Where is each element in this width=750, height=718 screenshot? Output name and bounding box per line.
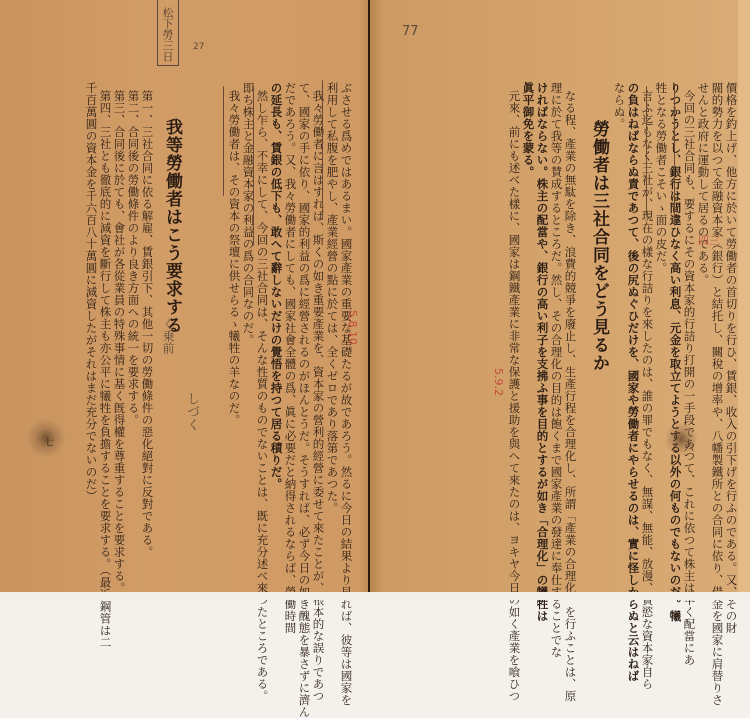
handwritten-label-box: 松下勞三日 (157, 0, 179, 66)
section-heading: 我等勞働者はこう要求する (160, 118, 185, 334)
margin-note: く乗前 (160, 318, 177, 354)
left-page: 松下勞三日 27 ぶさせる爲めではあるまい。國家產業の重要な基礎たるが故であろう… (0, 0, 370, 592)
pencil-bracket (322, 80, 323, 220)
body-column: ならぬ。 (613, 82, 625, 130)
right-page: 77 價格を釣上げ、他方に於いて勞働者の首切りを行ひ、賃銀、收入の引下げを行ふの… (372, 0, 750, 592)
body-column: 利用して私腹を肥やし、產業經營の點に於ては、全くゼロであり落第であつた。 (326, 82, 338, 514)
demand-item: 第三、合同後に於ても、會社が各從業員の特殊事情に基く旣得權を尊重することを要求す… (113, 90, 125, 594)
body-column: 眞平御免を蒙る。 (522, 82, 534, 178)
red-annotation: 四三 (698, 232, 720, 248)
page-edge (738, 0, 750, 592)
book-spine (368, 0, 370, 592)
body-column: の延長も、賃銀の低下も、敢へて辭しないだけの覺悟を持つて居る積りだ。 (270, 82, 282, 490)
red-annotation: 5.8.10 (346, 310, 359, 345)
body-column: 然し乍ら、不幸にして、今回の三社合同は、そんな性質のものでないことは、既に充分述… (256, 90, 268, 600)
body-column: 即ち株主と金融資本家の利益の爲の合同なのだ。 (242, 82, 254, 346)
red-annotation: 5.9.2 (492, 368, 505, 396)
body-column: なる程、產業の無駄を除き、浪費的競爭を廢止し、生產行程を合理化し、所謂「產業の合… (564, 90, 576, 600)
pencil-bracket (223, 86, 224, 196)
pencil-bracket (674, 86, 675, 226)
demand-item: 千百萬圓の資本金を千六百八十萬圓に減資したがそれはまだ充分でないのだ） (85, 82, 97, 502)
pencil-bracket (253, 86, 254, 246)
body-column: 我々勞働者は、その資本の祭壇に供せらるゝ犧牲の羊なのだ。 (228, 90, 240, 426)
pencil-bracket (646, 86, 647, 216)
section-heading: 勞働者は三社合同をどう見るか (587, 120, 612, 372)
body-column: の負はねばならぬ責であつて、後の尻ぬぐひだけを、國家や勞働者にやらせるのは、實に… (627, 82, 639, 600)
page-number: 六 (684, 439, 694, 454)
body-column: 閥的勢力を以つて金融資本家（銀行）と結托し、關稅の增率や、八幡製鐵所との合同に依… (711, 82, 723, 600)
body-column: 價格を釣上げ、他方に於いて勞働者の首切りを行ひ、賃銀、收入の引下げを行ふのである… (725, 82, 737, 600)
handwritten-page-number: 27 (193, 42, 204, 52)
scan-margin (0, 592, 750, 600)
handwritten-page-number: 77 (402, 24, 419, 39)
body-column: 元來、前にも述べた樣に、國家は鋼鐵產業に非常な保護と援助を與へて來たのは、ヨキヤ… (508, 90, 520, 600)
body-column: 牲となる勞働者こそいゝ面の皮だ。 (655, 82, 667, 274)
body-column: ければならない。株主の配當や、銀行の高い利子を支拂ふ事を目的とするが如き「合理化… (536, 82, 548, 600)
body-column: だであろう。又、我々勞働者にしても、國家社會全體の爲、眞に必要だと納得されるなら… (284, 82, 296, 600)
body-column: せんと政府に運動して居るのである。 (697, 82, 709, 286)
page-number: 七 (44, 434, 54, 449)
margin-note: しづく (182, 392, 201, 431)
body-column: て、國家の手に依り、國家的利益の爲に經營されるのがほんとうだ。そうすれば、必ず今… (298, 82, 310, 600)
demand-item: 第二、合同後の勞働條件のより良き方面への統一を要求する。 (127, 90, 139, 426)
demand-item: 第一、三社合同に依る解雇、賃銀引下、其他一切の勞働條件の惡化絕對に反對である。 (141, 90, 153, 558)
body-column: 理に於て我等の賛成するところだ。然し、その合理化の目的は飽くまで國家產業の發達に… (550, 82, 562, 600)
demand-item: 第四、三社とも徹底的に減資を斷行して株主も亦公平に犧牲を負擔することを要求する。… (99, 90, 111, 600)
body-column: 今回の三社合同も、要するにその資本家的行詰り打開の一手段であつて、これに依つて株… (683, 90, 695, 600)
